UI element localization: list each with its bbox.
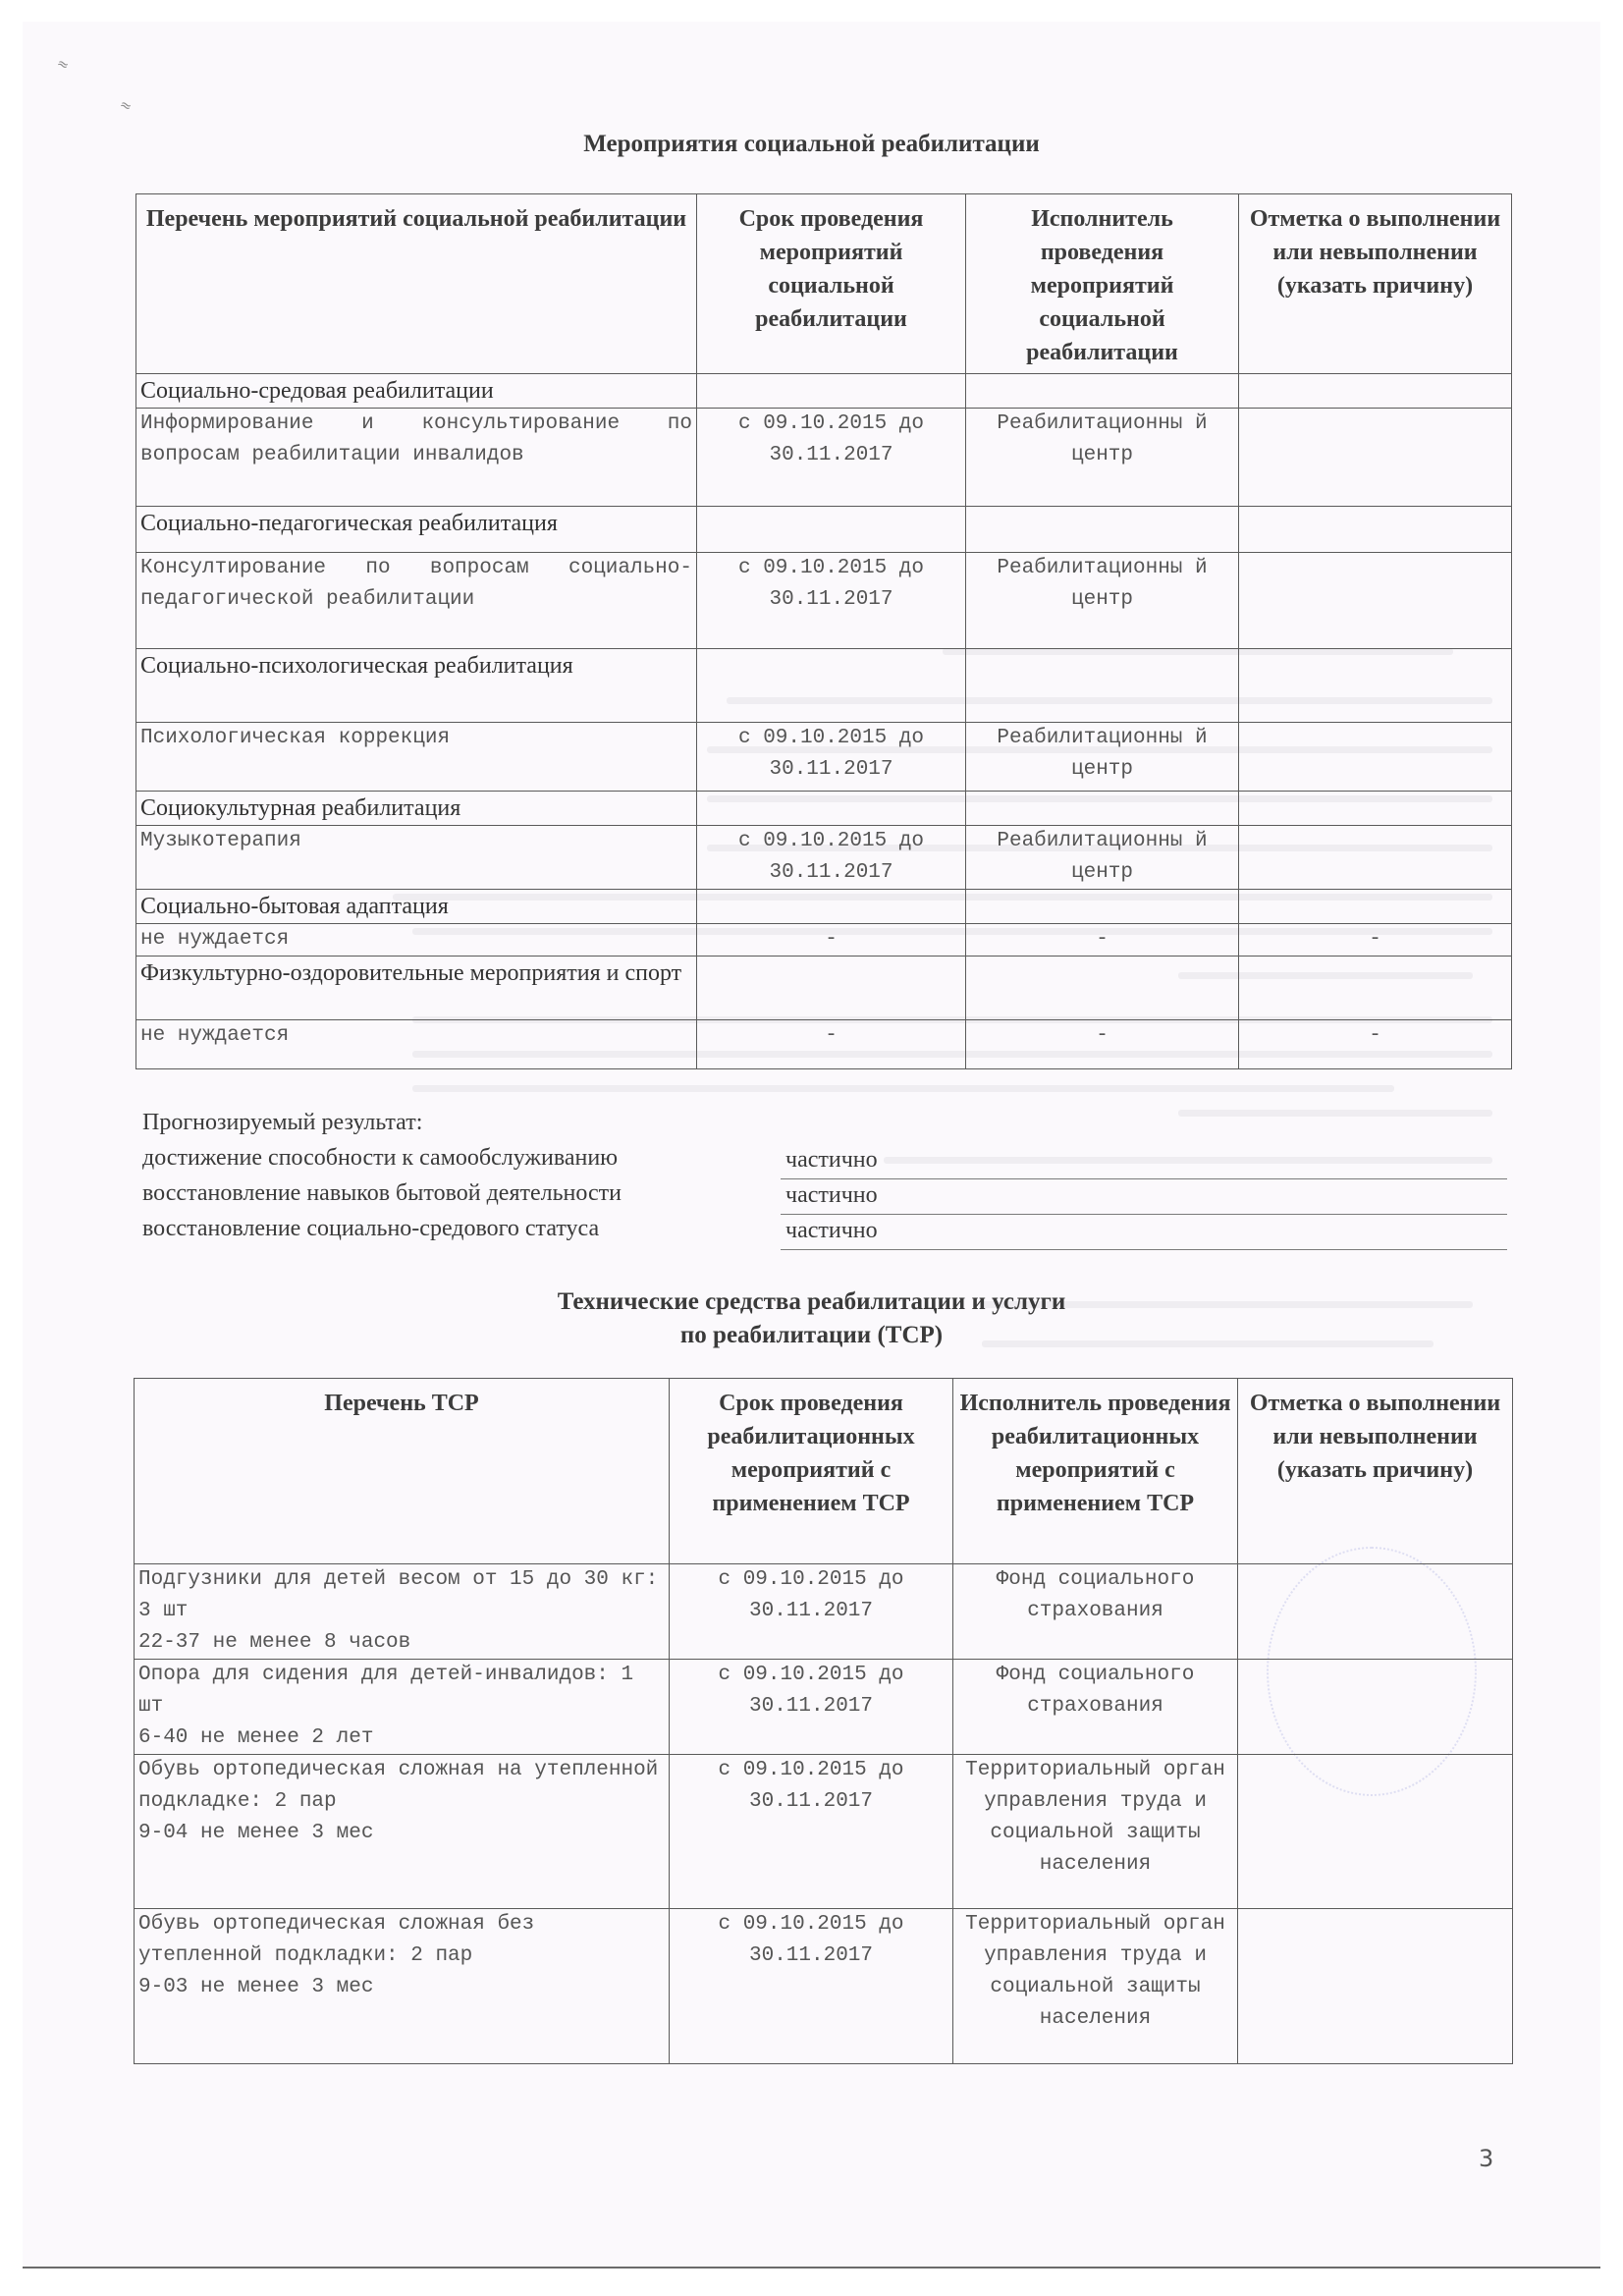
- cell-executor: -: [966, 924, 1239, 957]
- prognosis-underline: [781, 1178, 1507, 1179]
- cell-period: с 09.10.2015 до 30.11.2017: [697, 553, 966, 649]
- table-row: Консултирование по вопросам социально-пе…: [136, 553, 1512, 649]
- section-row: Физкультурно-оздоровительные мероприятия…: [136, 957, 1512, 1020]
- prognosis-item: достижение способности к самообслуживани…: [142, 1145, 1507, 1180]
- cell-mark: [1239, 409, 1512, 507]
- cell-mark: [1238, 1660, 1513, 1755]
- cell-executor: Реабилитационны й центр: [966, 826, 1239, 890]
- section2-title-line1: Технические средства реабилитации и услу…: [0, 1286, 1623, 1318]
- cell-mark: [1238, 1755, 1513, 1909]
- cell-period: с 09.10.2015 до 30.11.2017: [697, 826, 966, 890]
- cell-tsr-item: Обувь ортопедическая сложная на утепленн…: [135, 1755, 670, 1909]
- cell-period: [697, 374, 966, 409]
- section-row: Социально-бытовая адаптация: [136, 890, 1512, 924]
- cell-executor: [966, 649, 1239, 723]
- prognosis-label: восстановление социально-средового стату…: [142, 1216, 599, 1242]
- cell-period: с 09.10.2015 до 30.11.2017: [670, 1909, 953, 2064]
- cell-mark: [1239, 792, 1512, 826]
- tsr-table: Перечень ТСР Срок проведения реабилитаци…: [134, 1378, 1513, 2064]
- cell-mark: [1239, 890, 1512, 924]
- cell-executor: -: [966, 1020, 1239, 1069]
- cell-activity: Физкультурно-оздоровительные мероприятия…: [136, 957, 697, 1020]
- cell-tsr-item: Подгузники для детей весом от 15 до 30 к…: [135, 1564, 670, 1660]
- cell-activity: Социокультурная реабилитация: [136, 792, 697, 826]
- page-number: 3: [1479, 2145, 1493, 2172]
- cell-period: с 09.10.2015 до 30.11.2017: [670, 1564, 953, 1660]
- header-mark: Отметка о выполнении или невыполнении (у…: [1238, 1379, 1513, 1564]
- prognosis-underline: [781, 1214, 1507, 1215]
- cell-period: с 09.10.2015 до 30.11.2017: [670, 1755, 953, 1909]
- prognosis-label: восстановление навыков бытовой деятельно…: [142, 1180, 622, 1207]
- section-row: Социально-педагогическая реабилитация: [136, 507, 1512, 553]
- cell-executor: Реабилитационны й центр: [966, 723, 1239, 792]
- cell-activity: Социально-бытовая адаптация: [136, 890, 697, 924]
- section-row: Социально-психологическая реабилитация: [136, 649, 1512, 723]
- cell-activity: не нуждается: [136, 1020, 697, 1069]
- prognosis-heading: Прогнозируемый результат:: [142, 1106, 422, 1139]
- cell-period: [697, 890, 966, 924]
- prognosis-value: частично: [785, 1218, 878, 1244]
- header-mark: Отметка о выполнении или невыполнении (у…: [1239, 194, 1512, 374]
- cell-mark: [1239, 826, 1512, 890]
- table-row: Опора для сидения для детей-инвалидов: 1…: [135, 1660, 1513, 1755]
- cell-executor: Фонд социального страхования: [953, 1660, 1238, 1755]
- cell-period: с 09.10.2015 до 30.11.2017: [670, 1660, 953, 1755]
- table-header-row: Перечень мероприятий социальной реабилит…: [136, 194, 1512, 374]
- section2-title-line2: по реабилитации (ТСР): [0, 1320, 1623, 1351]
- cell-activity: Музыкотерапия: [136, 826, 697, 890]
- header-tsr-list: Перечень ТСР: [135, 1379, 670, 1564]
- cell-executor: Реабилитационны й центр: [966, 553, 1239, 649]
- cell-activity: Информирование и консультирование по воп…: [136, 409, 697, 507]
- prognosis-item: восстановление навыков бытовой деятельно…: [142, 1180, 1507, 1216]
- cell-activity: Социально-средовая реабилитации: [136, 374, 697, 409]
- prognosis-underline: [781, 1249, 1507, 1250]
- cell-activity: Социально-психологическая реабилитация: [136, 649, 697, 723]
- cell-activity: Социально-педагогическая реабилитация: [136, 507, 697, 553]
- cell-period: с 09.10.2015 до 30.11.2017: [697, 409, 966, 507]
- cell-period: [697, 507, 966, 553]
- table-header-row: Перечень ТСР Срок проведения реабилитаци…: [135, 1379, 1513, 1564]
- table-row: не нуждается---: [136, 1020, 1512, 1069]
- table-row: Психологическая коррекцияс 09.10.2015 до…: [136, 723, 1512, 792]
- cell-executor: Территориальный орган управления труда и…: [953, 1755, 1238, 1909]
- cell-executor: [966, 957, 1239, 1020]
- social-rehab-table: Перечень мероприятий социальной реабилит…: [135, 193, 1512, 1069]
- header-activities: Перечень мероприятий социальной реабилит…: [136, 194, 697, 374]
- cell-mark: [1239, 507, 1512, 553]
- cell-mark: [1238, 1564, 1513, 1660]
- cell-period: -: [697, 924, 966, 957]
- cell-activity: Консултирование по вопросам социально-пе…: [136, 553, 697, 649]
- cell-activity: не нуждается: [136, 924, 697, 957]
- cell-tsr-item: Обувь ортопедическая сложная без утеплен…: [135, 1909, 670, 2064]
- cell-mark: -: [1239, 924, 1512, 957]
- cell-mark: [1238, 1909, 1513, 2064]
- cell-period: -: [697, 1020, 966, 1069]
- header-executor: Исполнитель проведения мероприятий социа…: [966, 194, 1239, 374]
- cell-executor: [966, 507, 1239, 553]
- section1-title: Мероприятия социальной реабилитации: [0, 129, 1623, 160]
- section-row: Социокультурная реабилитация: [136, 792, 1512, 826]
- cell-executor: [966, 792, 1239, 826]
- cell-mark: [1239, 957, 1512, 1020]
- cell-mark: [1239, 649, 1512, 723]
- prognosis-label: достижение способности к самообслуживани…: [142, 1145, 618, 1172]
- header-period: Срок проведения реабилитационных меропри…: [670, 1379, 953, 1564]
- cell-tsr-item: Опора для сидения для детей-инвалидов: 1…: [135, 1660, 670, 1755]
- table-row: не нуждается---: [136, 924, 1512, 957]
- table-row: Подгузники для детей весом от 15 до 30 к…: [135, 1564, 1513, 1660]
- section-row: Социально-средовая реабилитации: [136, 374, 1512, 409]
- header-period: Срок проведения мероприятий социальной р…: [697, 194, 966, 374]
- table-row: Обувь ортопедическая сложная на утепленн…: [135, 1755, 1513, 1909]
- cell-mark: [1239, 374, 1512, 409]
- cell-executor: Территориальный орган управления труда и…: [953, 1909, 1238, 2064]
- cell-executor: [966, 374, 1239, 409]
- prognosis-value: частично: [785, 1147, 878, 1174]
- cell-period: [697, 957, 966, 1020]
- cell-mark: -: [1239, 1020, 1512, 1069]
- header-executor: Исполнитель проведения реабилитационных …: [953, 1379, 1238, 1564]
- cell-mark: [1239, 723, 1512, 792]
- prognosis-item: восстановление социально-средового стату…: [142, 1216, 1507, 1251]
- cell-mark: [1239, 553, 1512, 649]
- cell-executor: Фонд социального страхования: [953, 1564, 1238, 1660]
- cell-period: [697, 792, 966, 826]
- cell-executor: [966, 890, 1239, 924]
- cell-executor: Реабилитационны й центр: [966, 409, 1239, 507]
- cell-period: с 09.10.2015 до 30.11.2017: [697, 723, 966, 792]
- table-row: Обувь ортопедическая сложная без утеплен…: [135, 1909, 1513, 2064]
- cell-activity: Психологическая коррекция: [136, 723, 697, 792]
- table-row: Музыкотерапияс 09.10.2015 до 30.11.2017Р…: [136, 826, 1512, 890]
- cell-period: [697, 649, 966, 723]
- prognosis-value: частично: [785, 1182, 878, 1209]
- table-row: Информирование и консультирование по воп…: [136, 409, 1512, 507]
